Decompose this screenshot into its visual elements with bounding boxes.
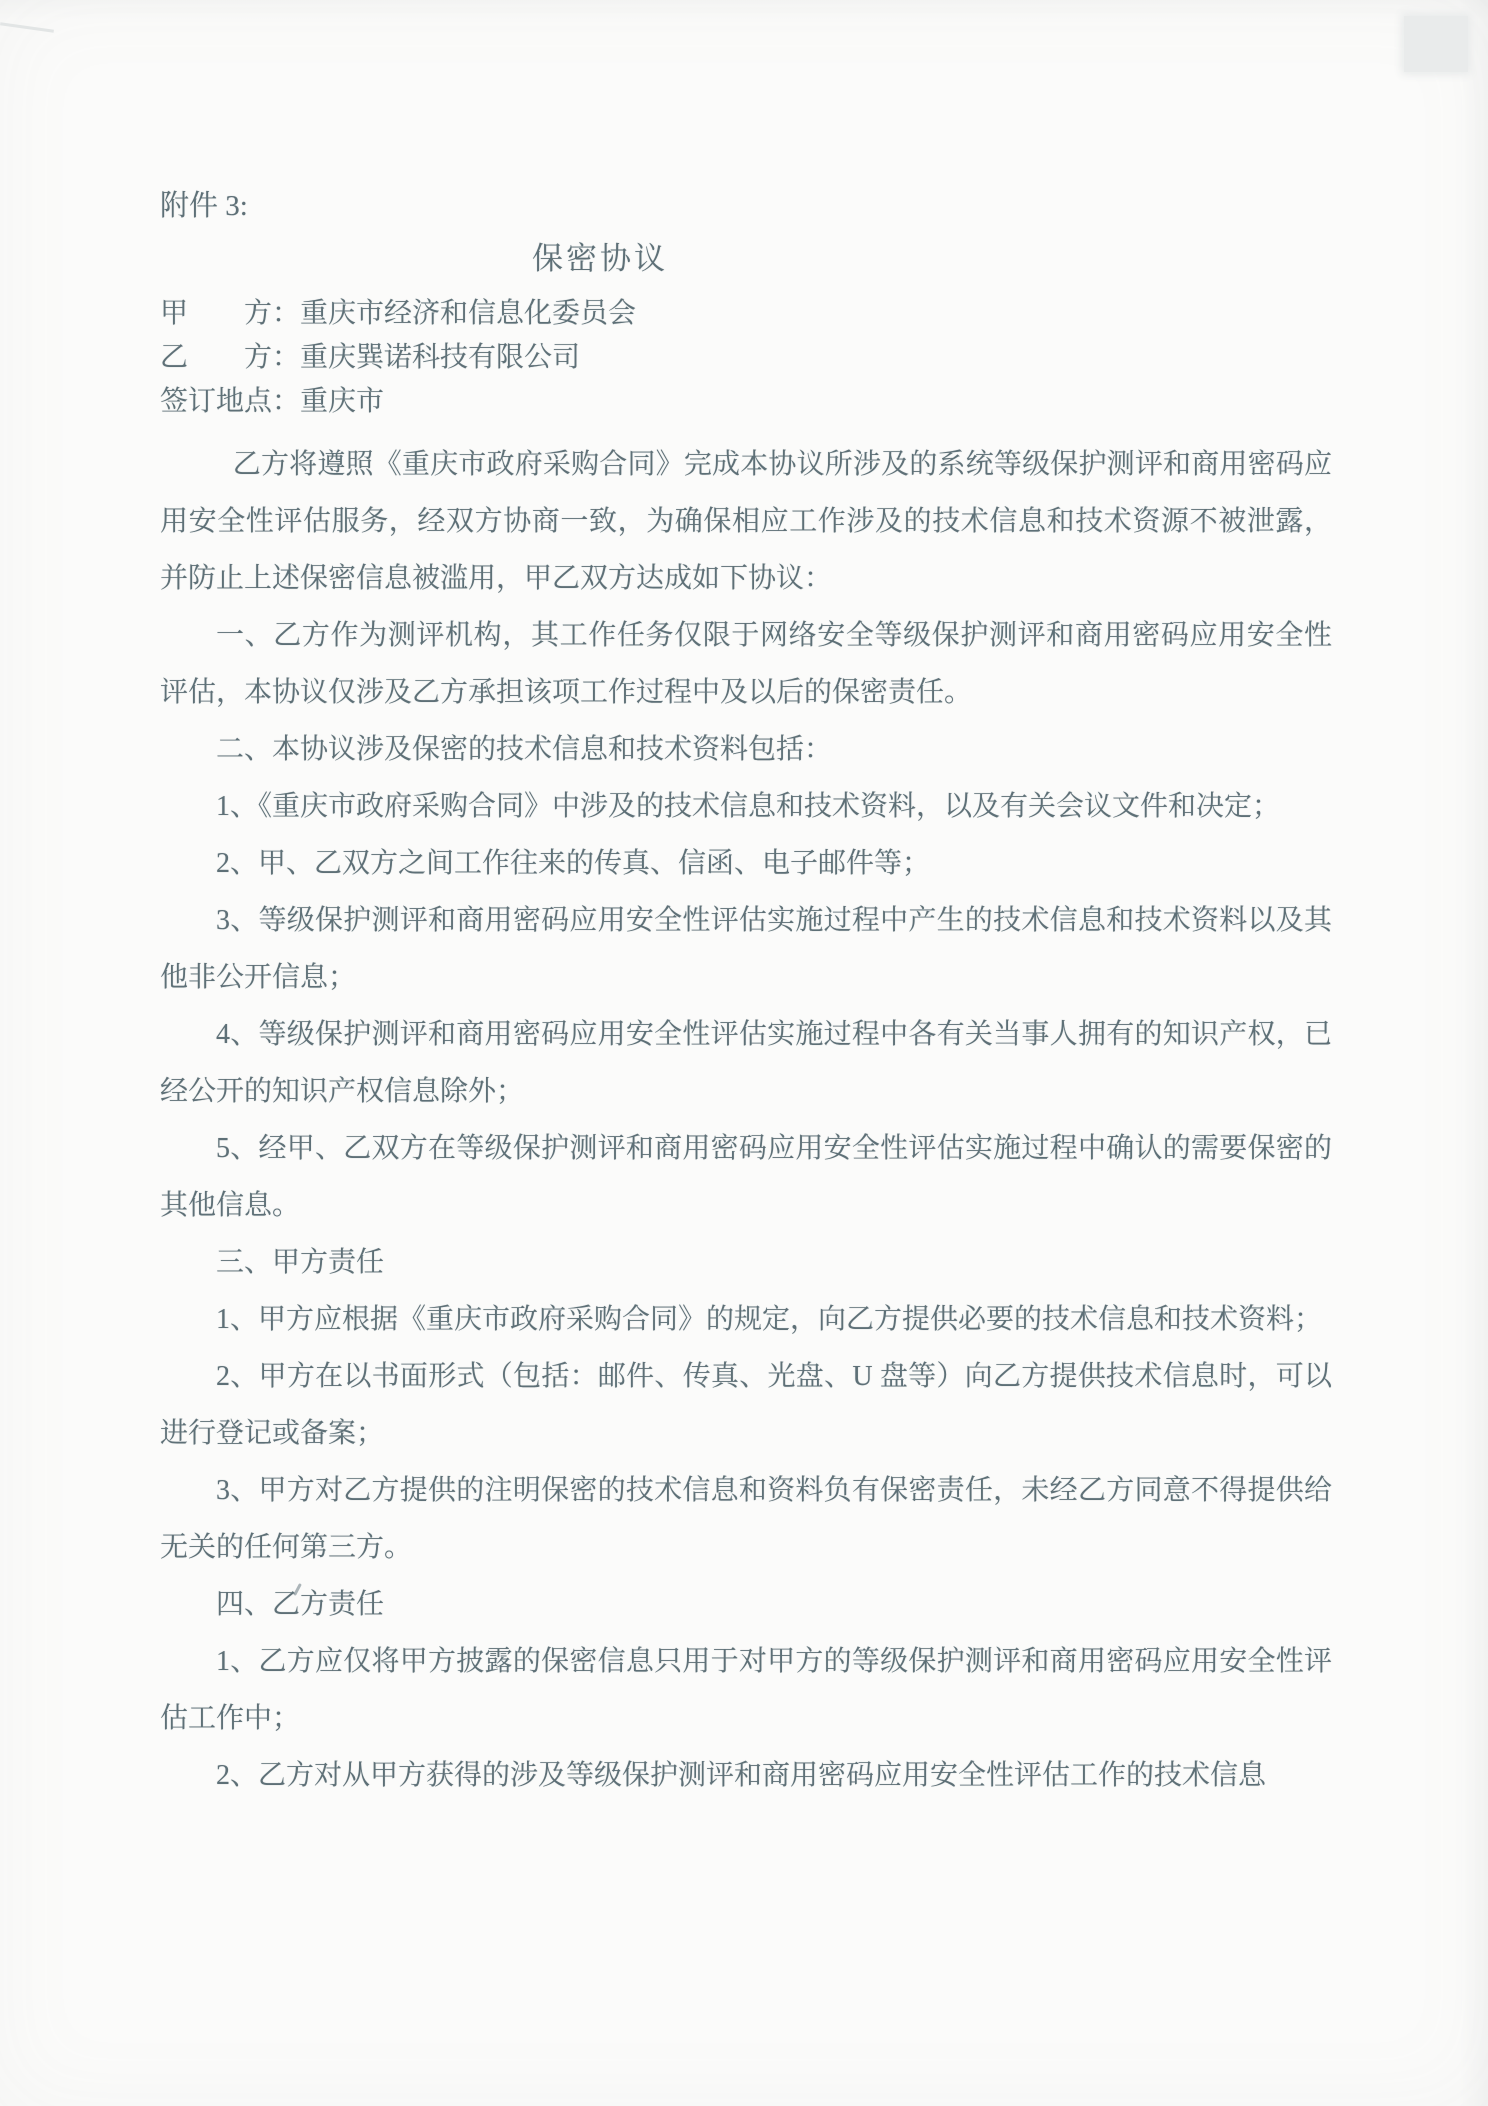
scanned-document-page: 附件 3: 保密协议 甲 方：重庆市经济和信息化委员会 乙 方：重庆巽诺科技有限… bbox=[0, 0, 1488, 2106]
paragraph-clause-2-item-3: 3、等级保护测评和商用密码应用安全性评估实施过程中产生的技术信息和技术资料以及其… bbox=[160, 892, 1332, 1006]
attachment-label: 附件 3: bbox=[160, 188, 1332, 224]
paragraph-clause-2-item-1: 1、《重庆市政府采购合同》中涉及的技术信息和技术资料，以及有关会议文件和决定； bbox=[160, 778, 1332, 835]
paragraph-clause-3-item-3: 3、甲方对乙方提供的注明保密的技术信息和资料负有保密责任，未经乙方同意不得提供给… bbox=[160, 1462, 1332, 1576]
signing-place-line: 签订地点：重庆市 bbox=[160, 380, 1332, 424]
paragraph-clause-2: 二、本协议涉及保密的技术信息和技术资料包括： bbox=[160, 721, 1332, 778]
agreement-body: 乙方将遵照《重庆市政府采购合同》完成本协议所涉及的系统等级保护测评和商用密码应用… bbox=[160, 436, 1332, 1804]
paragraph-clause-3-item-2: 2、甲方在以书面形式（包括：邮件、传真、光盘、U 盘等）向乙方提供技术信息时，可… bbox=[160, 1348, 1332, 1462]
scan-artifact-corner-patch bbox=[1404, 16, 1468, 72]
paragraph-clause-2-item-2: 2、甲、乙双方之间工作往来的传真、信函、电子邮件等； bbox=[160, 835, 1332, 892]
paragraph-clause-3-heading: 三、甲方责任 bbox=[160, 1234, 1332, 1291]
document-title: 保密协议 bbox=[160, 240, 1040, 278]
paragraph-clause-3-item-1: 1、甲方应根据《重庆市政府采购合同》的规定，向乙方提供必要的技术信息和技术资料； bbox=[160, 1291, 1332, 1348]
paragraph-clause-4-heading: 四、乙方责任 bbox=[160, 1576, 1332, 1633]
paragraph-clause-2-item-4: 4、等级保护测评和商用密码应用安全性评估实施过程中各有关当事人拥有的知识产权，已… bbox=[160, 1006, 1332, 1120]
paragraph-clause-1: 一、乙方作为测评机构，其工作任务仅限于网络安全等级保护测评和商用密码应用安全性评… bbox=[160, 607, 1332, 721]
paragraph-preamble: 乙方将遵照《重庆市政府采购合同》完成本协议所涉及的系统等级保护测评和商用密码应用… bbox=[160, 436, 1332, 607]
scan-artifact-edge-line bbox=[0, 22, 54, 32]
party-b-line: 乙 方：重庆巽诺科技有限公司 bbox=[160, 336, 1332, 380]
paragraph-clause-4-item-2: 2、乙方对从甲方获得的涉及等级保护测评和商用密码应用安全性评估工作的技术信息 bbox=[160, 1747, 1332, 1804]
party-a-line: 甲 方：重庆市经济和信息化委员会 bbox=[160, 292, 1332, 336]
paragraph-clause-4-item-1: 1、乙方应仅将甲方披露的保密信息只用于对甲方的等级保护测评和商用密码应用安全性评… bbox=[160, 1633, 1332, 1747]
parties-block: 甲 方：重庆市经济和信息化委员会 乙 方：重庆巽诺科技有限公司 签订地点：重庆市 bbox=[160, 292, 1332, 424]
document-content: 附件 3: 保密协议 甲 方：重庆市经济和信息化委员会 乙 方：重庆巽诺科技有限… bbox=[160, 188, 1332, 1804]
paragraph-clause-2-item-5: 5、经甲、乙双方在等级保护测评和商用密码应用安全性评估实施过程中确认的需要保密的… bbox=[160, 1120, 1332, 1234]
